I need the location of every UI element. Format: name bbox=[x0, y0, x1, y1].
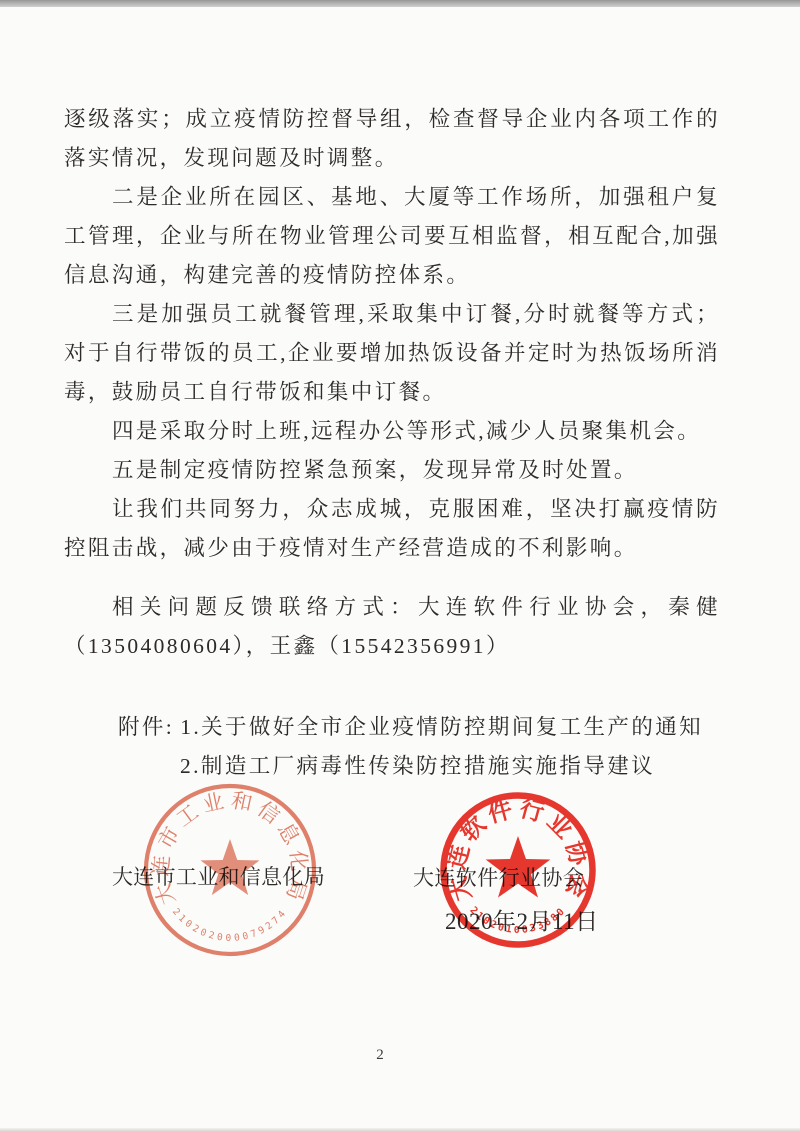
paragraph: 逐级落实；成立疫情防控督导组，检查督导企业内各项工作的落实情况，发现问题及时调整… bbox=[64, 100, 720, 178]
star-icon bbox=[486, 836, 551, 898]
document-page: 逐级落实；成立疫情防控督导组，检查督导企业内各项工作的落实情况，发现问题及时调整… bbox=[0, 0, 800, 1131]
scan-edge-top bbox=[0, 0, 800, 7]
star-icon bbox=[201, 839, 260, 895]
official-seal-left: 大连市工业和信息化局 210202000079274 bbox=[140, 780, 320, 960]
paragraph: 五是制定疫情防控紧急预案，发现异常及时处置。 bbox=[64, 451, 720, 490]
seal-code: 2102010033880 bbox=[467, 905, 568, 936]
seal-code: 210202000079274 bbox=[170, 906, 290, 943]
attachments-label: 附件: bbox=[118, 715, 174, 739]
attachment-row: 附件:1.关于做好全市企业疫情防控期间复工生产的通知 bbox=[64, 708, 720, 747]
paragraph: 二是企业所在园区、基地、大厦等工作场所，加强租户复工管理，企业与所在物业管理公司… bbox=[64, 178, 720, 295]
official-seal-right: 大连软件行业协会 2102010033880 bbox=[434, 786, 602, 954]
contact-line: 相关问题反馈联络方式：大连软件行业协会，秦健（13504080604），王鑫（1… bbox=[64, 588, 720, 666]
attachment-item: 1.关于做好全市企业疫情防控期间复工生产的通知 bbox=[180, 715, 703, 739]
paragraph: 让我们共同努力，众志成城，克服困难，坚决打赢疫情防控阻击战，减少由于疫情对生产经… bbox=[64, 490, 720, 568]
paragraph: 三是加强员工就餐管理,采取集中订餐,分时就餐等方式；对于自行带饭的员工,企业要增… bbox=[64, 295, 720, 412]
attachment-item: 2.制造工厂病毒性传染防控措施实施指导建议 bbox=[180, 754, 655, 778]
page-number: 2 bbox=[368, 1047, 392, 1064]
paragraph: 四是采取分时上班,远程办公等形式,减少人员聚集机会。 bbox=[64, 412, 720, 451]
attachments-block: 附件:1.关于做好全市企业疫情防控期间复工生产的通知 2.制造工厂病毒性传染防控… bbox=[64, 708, 720, 786]
document-body: 逐级落实；成立疫情防控督导组，检查督导企业内各项工作的落实情况，发现问题及时调整… bbox=[64, 100, 720, 786]
